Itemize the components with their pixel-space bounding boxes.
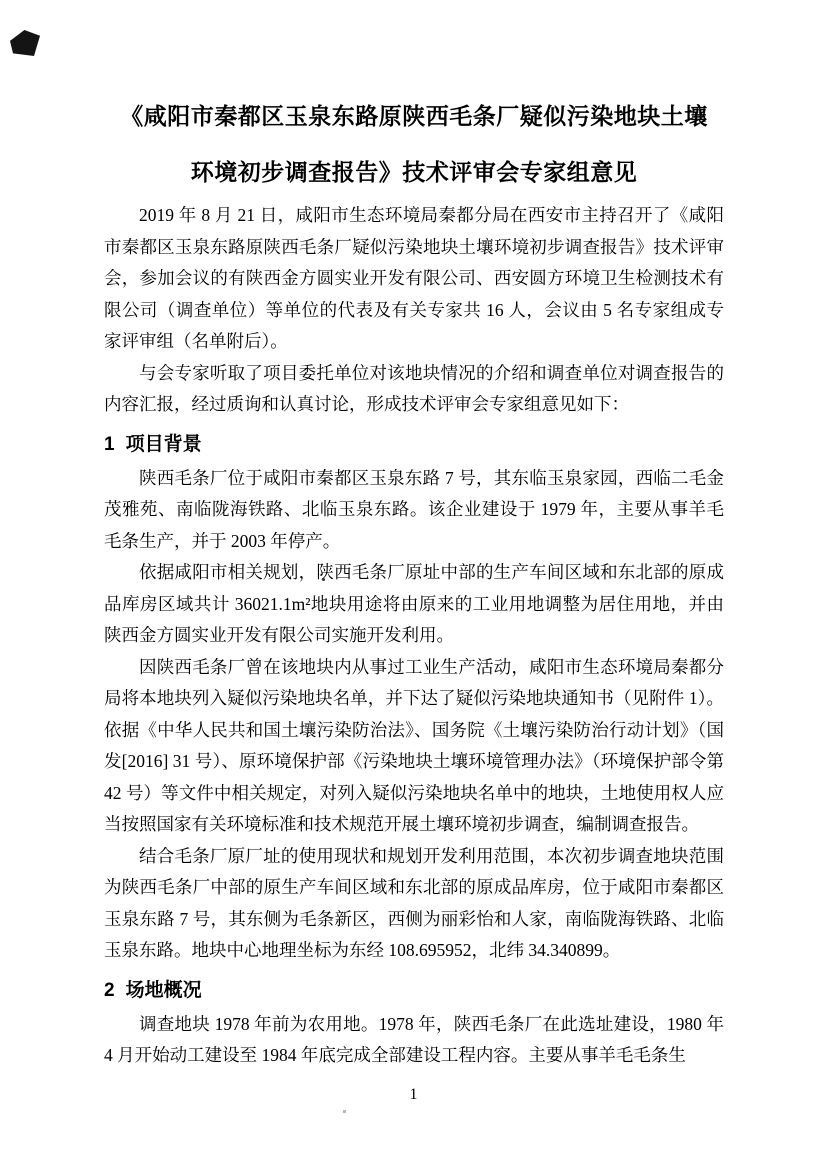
section-1-paragraph-regulations: 因陕西毛条厂曾在该地块内从事过工业生产活动，咸阳市生态环境局秦都分局将本地块列入… <box>104 652 724 841</box>
section-1-heading: 1项目背景 <box>104 429 724 461</box>
document-title: 《咸阳市秦都区玉泉东路原陕西毛条厂疑似污染地块土壤 环境初步调查报告》技术评审会… <box>104 88 724 200</box>
section-2-paragraph-site-history: 调查地块 1978 年前为农用地。1978 年，陕西毛条厂在此选址建设，1980… <box>104 1009 724 1072</box>
intro-paragraph-meeting: 2019 年 8 月 21 日，咸阳市生态环境局秦都分局在西安市主持召开了《咸阳… <box>104 200 724 358</box>
document-page: 《咸阳市秦都区玉泉东路原陕西毛条厂疑似污染地块土壤 环境初步调查报告》技术评审会… <box>0 0 827 1170</box>
speck-artifact-footer <box>343 1110 346 1113</box>
section-2-heading: 2场地概况 <box>104 975 724 1007</box>
section-2-number: 2 <box>104 980 115 1001</box>
intro-paragraph-opinion-lead: 与会专家听取了项目委托单位对该地块情况的介绍和调查单位对调查报告的内容汇报，经过… <box>104 358 724 421</box>
page-number: 1 <box>0 1084 827 1106</box>
section-1-paragraph-location: 陕西毛条厂位于咸阳市秦都区玉泉东路 7 号，其东临玉泉家园，西临二毛金茂雅苑、南… <box>104 463 724 558</box>
section-1-paragraph-planning: 依据咸阳市相关规划，陕西毛条厂原址中部的生产车间区域和东北部的原成品库房区域共计… <box>104 557 724 652</box>
document-title-line-1: 《咸阳市秦都区玉泉东路原陕西毛条厂疑似污染地块土壤 <box>104 88 724 144</box>
section-2-title: 场地概况 <box>126 980 202 1001</box>
section-1-number: 1 <box>104 434 115 455</box>
speck-artifact-mid <box>322 578 325 581</box>
document-content: 《咸阳市秦都区玉泉东路原陕西毛条厂疑似污染地块土壤 环境初步调查报告》技术评审会… <box>104 88 724 1072</box>
section-1-paragraph-survey-scope: 结合毛条厂原厂址的使用现状和规划开发利用范围，本次初步调查地块范围为陕西毛条厂中… <box>104 841 724 967</box>
section-1-title: 项目背景 <box>126 434 202 455</box>
ink-blot-artifact <box>10 30 40 56</box>
document-title-line-2: 环境初步调查报告》技术评审会专家组意见 <box>104 144 724 200</box>
